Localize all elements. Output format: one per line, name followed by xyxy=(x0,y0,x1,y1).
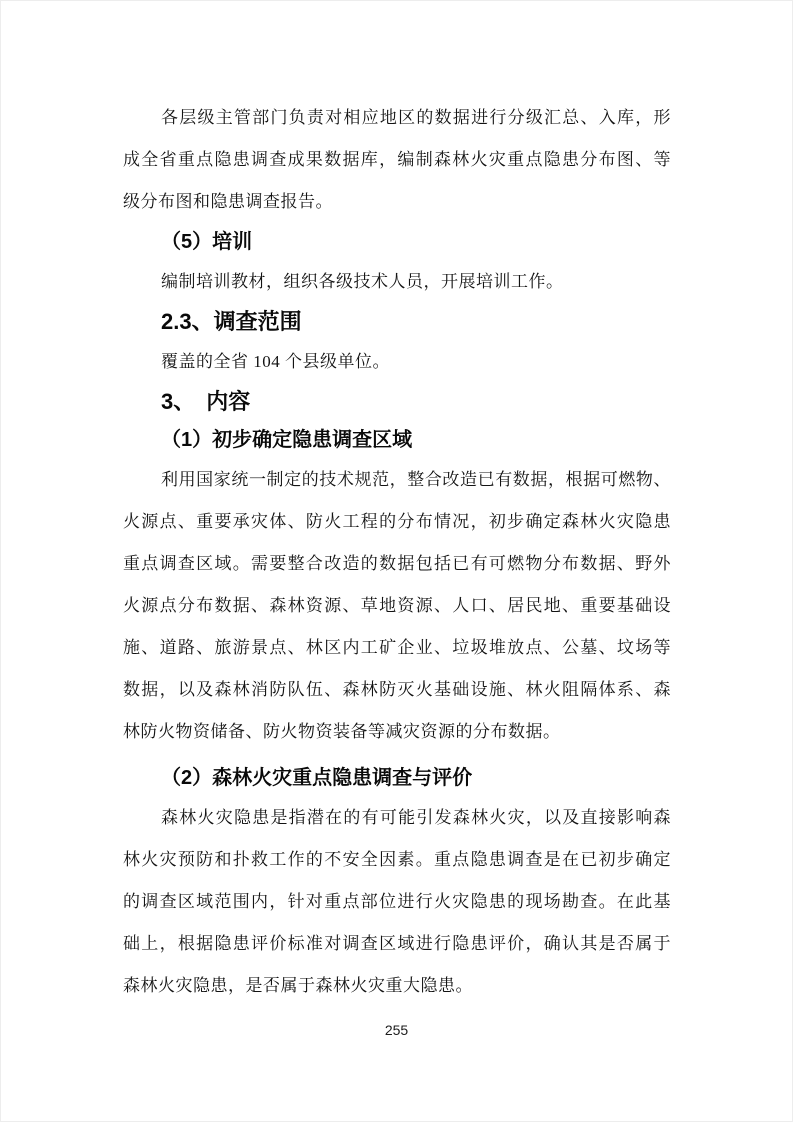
section-heading-scope: 2.3、调查范围 xyxy=(123,303,671,341)
text-line: 数据，以及森林消防队伍、森林防灭火基础设施、林火阻隔体系、森 xyxy=(123,669,671,711)
text-line: 森林火灾隐患是指潜在的有可能引发森林火灾，以及直接影响森 xyxy=(123,797,671,839)
text-line: 重点调查区域。需要整合改造的数据包括已有可燃物分布数据、野外 xyxy=(123,543,671,585)
text-line: 覆盖的全省 104 个县级单位。 xyxy=(123,341,671,383)
paragraph-training: 编制培训教材，组织各级技术人员，开展培训工作。 xyxy=(123,261,671,303)
paragraph-item2: 森林火灾隐患是指潜在的有可能引发森林火灾，以及直接影响森 林火灾预防和扑救工作的… xyxy=(123,797,671,1007)
text-line: 各层级主管部门负责对相应地区的数据进行分级汇总、入库，形 xyxy=(123,97,671,139)
text-line: 的调查区域范围内，针对重点部位进行火灾隐患的现场勘查。在此基 xyxy=(123,881,671,923)
section-heading-content: 3、 内容 xyxy=(123,383,671,421)
text-line: 火源点分布数据、森林资源、草地资源、人口、居民地、重要基础设 xyxy=(123,585,671,627)
text-line: 施、道路、旅游景点、林区内工矿企业、垃圾堆放点、公墓、坟场等 xyxy=(123,627,671,669)
document-content: 各层级主管部门负责对相应地区的数据进行分级汇总、入库，形 成全省重点隐患调查成果… xyxy=(123,97,671,1007)
document-page: 各层级主管部门负责对相应地区的数据进行分级汇总、入库，形 成全省重点隐患调查成果… xyxy=(0,0,793,1122)
text-line: 成全省重点隐患调查成果数据库，编制森林火灾重点隐患分布图、等 xyxy=(123,139,671,181)
text-line: 础上，根据隐患评价标准对调查区域进行隐患评价，确认其是否属于 xyxy=(123,923,671,965)
text-line: 级分布图和隐患调查报告。 xyxy=(123,181,671,223)
section-heading-item2: （2）森林火灾重点隐患调查与评价 xyxy=(123,759,671,797)
paragraph-scope: 覆盖的全省 104 个县级单位。 xyxy=(123,341,671,383)
text-line: 利用国家统一制定的技术规范，整合改造已有数据，根据可燃物、 xyxy=(123,459,671,501)
text-line: 森林火灾隐患，是否属于森林火灾重大隐患。 xyxy=(123,965,671,1007)
paragraph-summary: 各层级主管部门负责对相应地区的数据进行分级汇总、入库，形 成全省重点隐患调查成果… xyxy=(123,97,671,223)
section-heading-item1: （1）初步确定隐患调查区域 xyxy=(123,421,671,459)
paragraph-item1: 利用国家统一制定的技术规范，整合改造已有数据，根据可燃物、 火源点、重要承灾体、… xyxy=(123,459,671,753)
page-number: 255 xyxy=(1,1021,792,1039)
text-line: 火源点、重要承灾体、防火工程的分布情况，初步确定森林火灾隐患 xyxy=(123,501,671,543)
text-line: 林火灾预防和扑救工作的不安全因素。重点隐患调查是在已初步确定 xyxy=(123,839,671,881)
text-line: 编制培训教材，组织各级技术人员，开展培训工作。 xyxy=(123,261,671,303)
text-line: 林防火物资储备、防火物资装备等减灾资源的分布数据。 xyxy=(123,711,671,753)
section-heading-training: （5）培训 xyxy=(123,223,671,261)
